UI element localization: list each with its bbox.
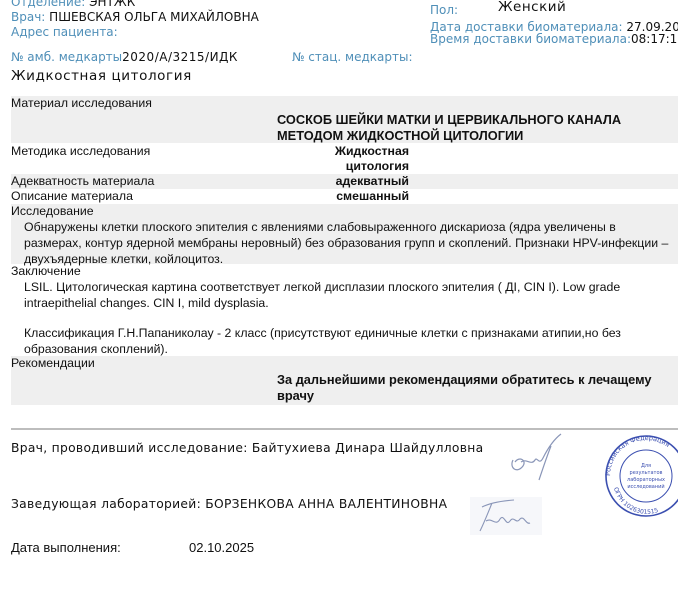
delivery-time-label: Время доставки биоматериала: <box>430 32 631 46</box>
sex-label: Пол: <box>430 3 458 17</box>
address-line: Адрес пациента: <box>11 25 118 39</box>
row-description: Описание материала смешанный <box>11 189 678 204</box>
address-label: Адрес пациента: <box>11 25 118 39</box>
doctor-value: ПШЕВСКАЯ ОЛЬГА МИХАЙЛОВНА <box>49 10 259 24</box>
execution-date-line: Дата выполнения: 02.10.2025 <box>11 540 121 555</box>
divider <box>11 428 678 430</box>
signing-doctor-name: Байтухиева Динара Шайдулловна <box>252 441 484 455</box>
delivery-time-line: Время доставки биоматериала:08:17:1 <box>430 32 677 46</box>
doctor-line: Врач: ПШЕВСКАЯ ОЛЬГА МИХАЙЛОВНА <box>11 10 259 24</box>
doctor-signature-line: Врач, проводивший исследование: Байтухие… <box>11 441 483 455</box>
material-value-line1: СОСКОБ ШЕЙКИ МАТКИ И ЦЕРВИКАЛЬНОГО КАНАЛ… <box>277 112 621 128</box>
sex-value: Женский <box>498 0 566 14</box>
adequacy-label: Адекватность материала <box>11 174 154 189</box>
amb-card-label: № амб. медкарты <box>11 50 122 64</box>
row-method: Методика исследования Жидкостная цитолог… <box>11 143 678 174</box>
sex-line: Пол: Женский <box>430 3 458 17</box>
document-title: Жидкостная цитология <box>11 68 192 84</box>
stat-card-label: № стац. медкарты: <box>292 50 413 64</box>
conclusion-text-1: LSIL. Цитологическая картина соответству… <box>11 279 678 311</box>
doctor-label: Врач: <box>11 10 45 24</box>
description-label: Описание материала <box>11 189 133 204</box>
stamp-center-3: лабораторных <box>627 477 665 483</box>
row-material: Материал исследования СОСКОБ ШЕЙКИ МАТКИ… <box>11 96 678 143</box>
results-table: Материал исследования СОСКОБ ШЕЙКИ МАТКИ… <box>11 96 678 405</box>
doctor-signature-icon <box>505 432 567 482</box>
material-label: Материал исследования <box>11 96 152 111</box>
head-signature-icon <box>470 497 542 535</box>
amb-card-line: № амб. медкарты2020/А/3215/ИДК <box>11 50 238 64</box>
stat-card-line: № стац. медкарты: <box>292 50 413 64</box>
stamp-icon: Российская Федерация ОГРН 1026301515 Для… <box>600 430 678 522</box>
material-value: СОСКОБ ШЕЙКИ МАТКИ И ЦЕРВИКАЛЬНОГО КАНАЛ… <box>277 112 621 144</box>
department-value: ЭНТЖК <box>89 0 135 9</box>
material-value-line2: МЕТОДОМ ЖИДКОСТНОЙ ЦИТОЛОГИИ <box>277 128 621 144</box>
execution-date-value: 02.10.2025 <box>189 540 254 555</box>
lab-head-label: Заведующая лабораторией: <box>11 497 201 511</box>
stamp-center-2: результатов <box>630 470 663 476</box>
study-text: Обнаружены клетки плоского эпителия с яв… <box>11 219 678 267</box>
method-label: Методика исследования <box>11 144 150 159</box>
signing-doctor-label: Врач, проводивший исследование: <box>11 441 248 455</box>
stamp-center-1: Для <box>641 463 651 469</box>
conclusion-label: Заключение <box>11 264 678 279</box>
recommendations-value: За дальнейшими рекомендациями обратитесь… <box>277 372 672 404</box>
row-recommendations: Рекомендации За дальнейшими рекомендация… <box>11 356 678 405</box>
head-signature-line: Заведующая лабораторией: БОРЗЕНКОВА АННА… <box>11 497 447 511</box>
row-adequacy: Адекватность материала адекватный <box>11 174 678 189</box>
study-label: Исследование <box>11 204 678 219</box>
delivery-time-value: 08:17:1 <box>631 32 677 46</box>
execution-date-label: Дата выполнения: <box>11 540 121 555</box>
lab-head-name: БОРЗЕНКОВА АННА ВАЛЕНТИНОВНА <box>205 497 447 511</box>
method-value-line1: Жидкостная <box>329 144 409 159</box>
method-value-line2: цитология <box>329 159 409 174</box>
stamp-center-4: исследований <box>627 483 664 490</box>
row-study: Исследование Обнаружены клетки плоского … <box>11 204 678 264</box>
department-line: Отделение: ЭНТЖК <box>11 0 135 9</box>
conclusion-text-2: Классификация Г.Н.Папаниколау - 2 класс … <box>11 325 678 357</box>
recommendations-label: Рекомендации <box>11 356 95 371</box>
department-label: Отделение: <box>11 0 85 9</box>
row-conclusion: Заключение LSIL. Цитологическая картина … <box>11 264 678 356</box>
description-value: смешанный <box>329 189 409 204</box>
method-value: Жидкостная цитология <box>329 144 409 174</box>
adequacy-value: адекватный <box>329 174 409 189</box>
amb-card-value: 2020/А/3215/ИДК <box>122 50 238 64</box>
